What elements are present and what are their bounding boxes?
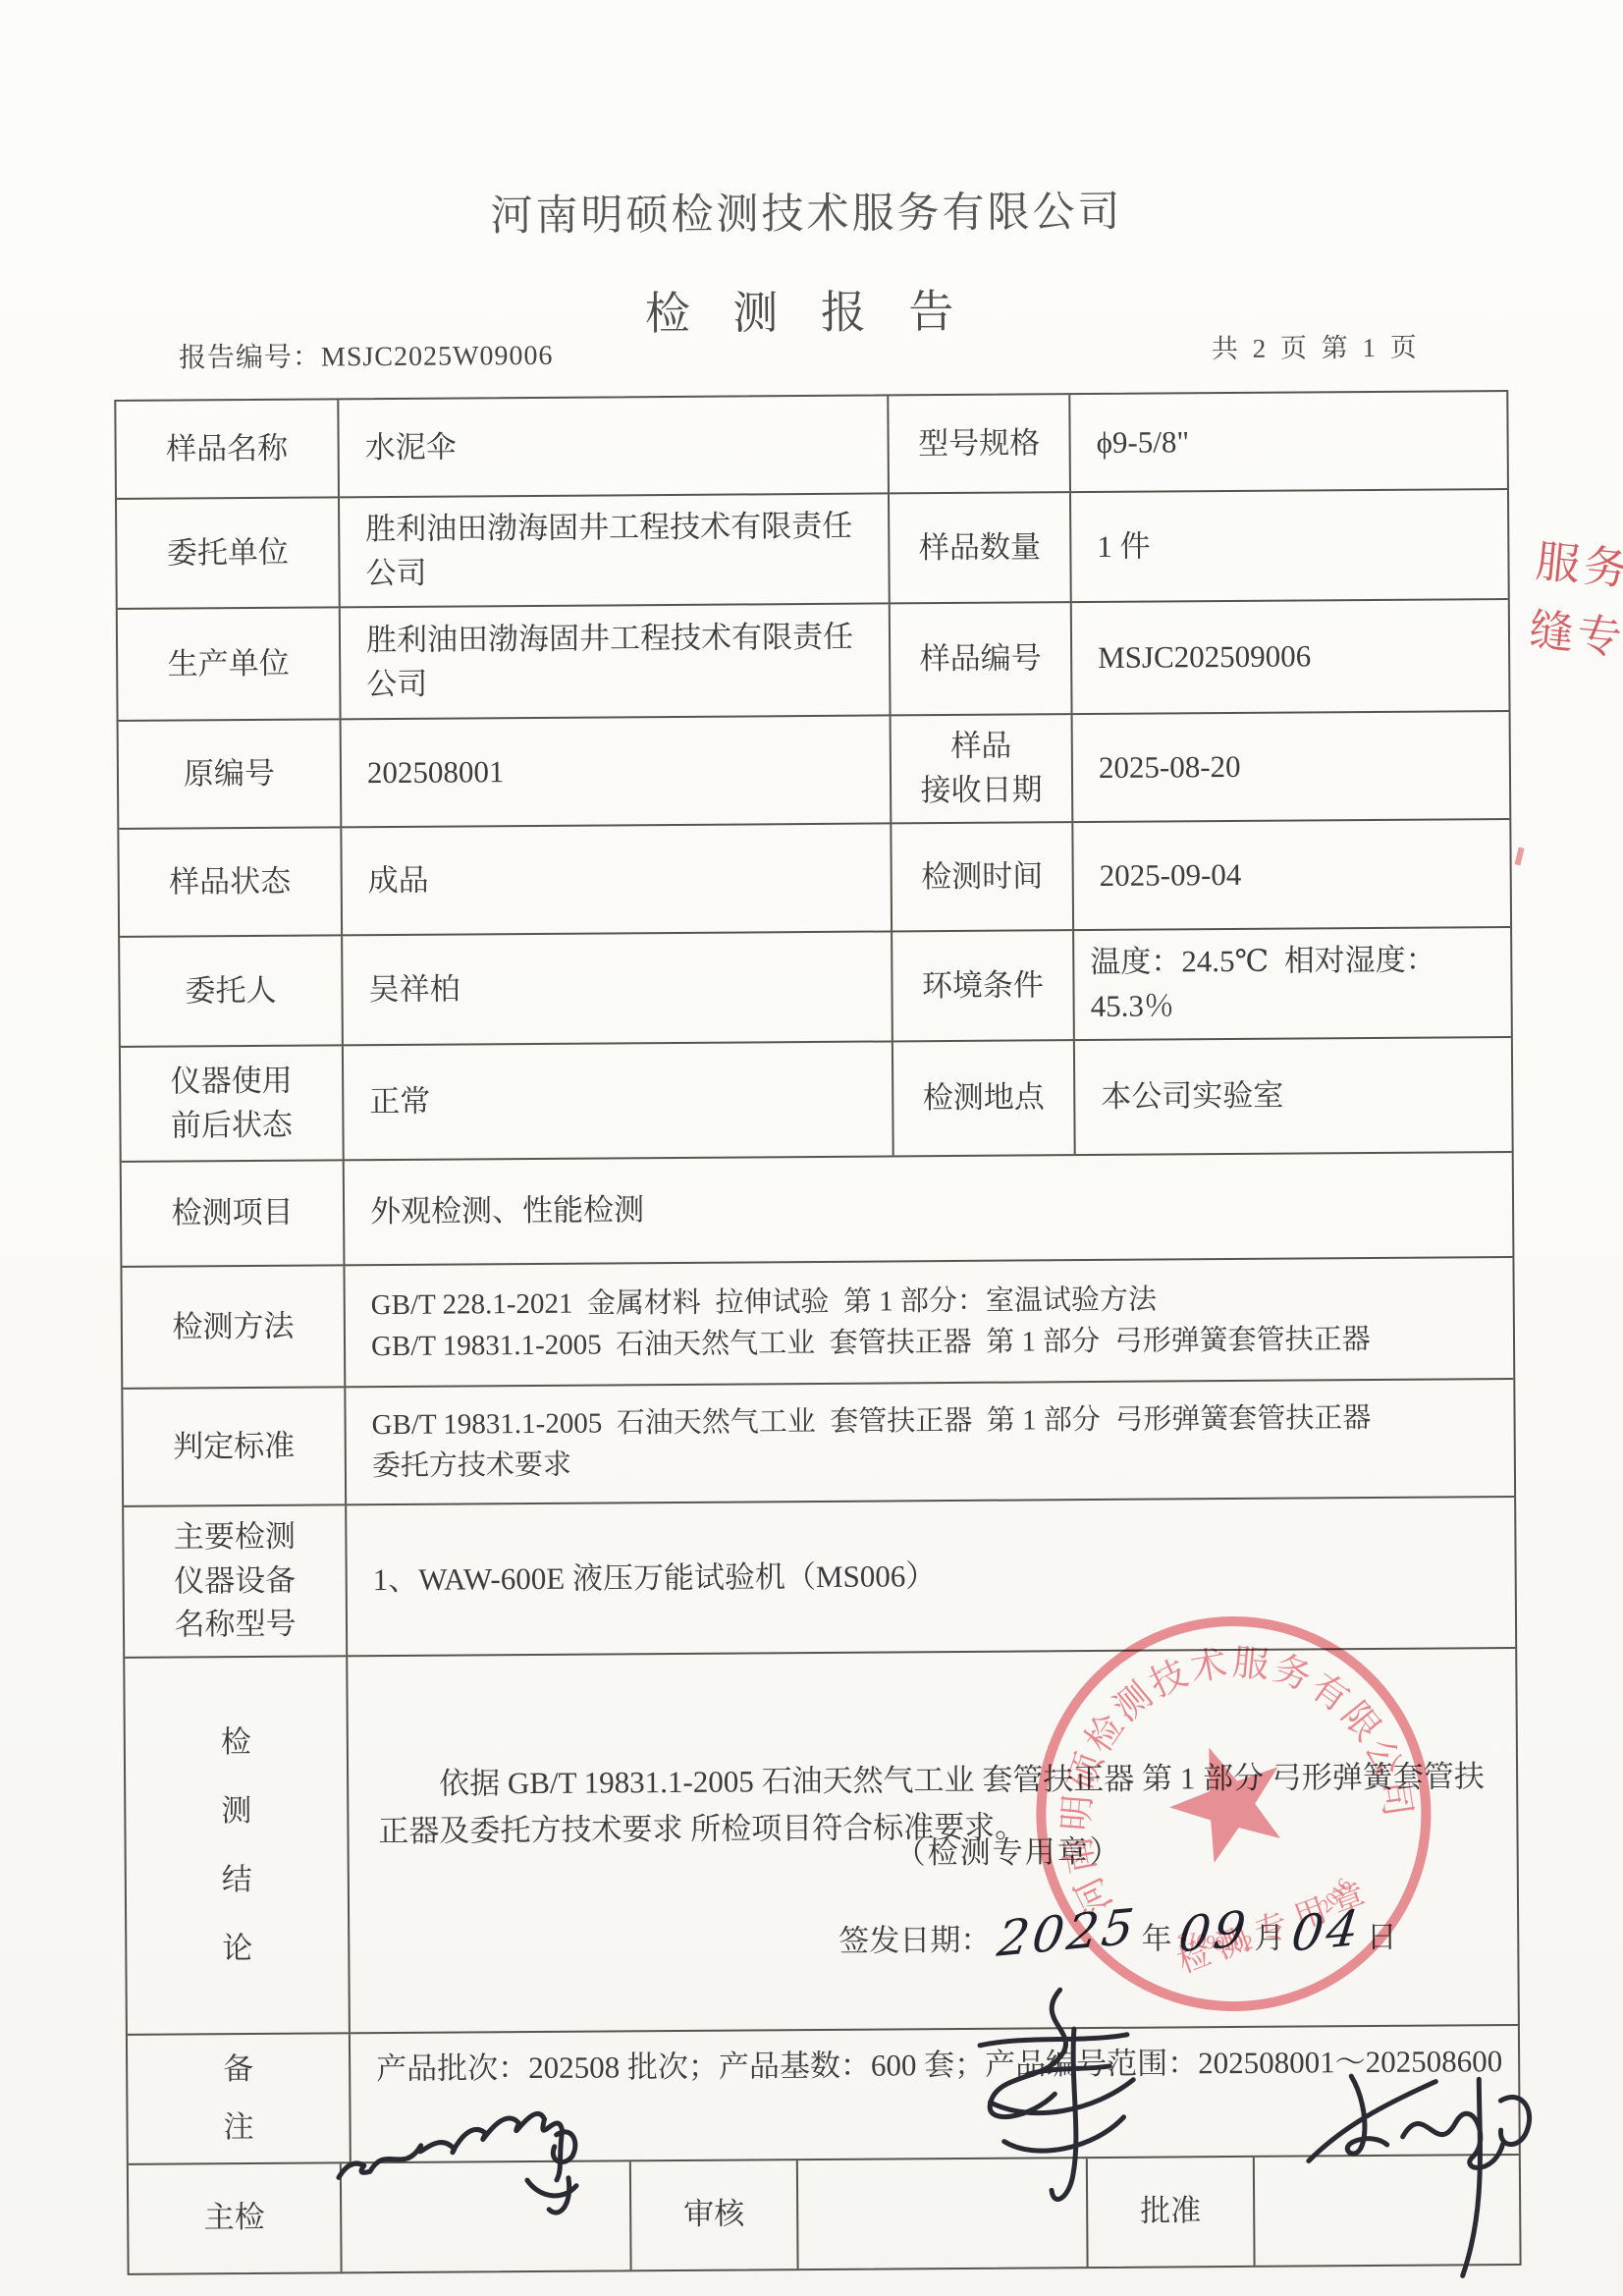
value-sample-no: MSJC202509006	[1070, 600, 1513, 713]
report-number: 报告编号：MSJC2025W09006	[179, 334, 554, 376]
label-approver: 批准	[1086, 2157, 1254, 2266]
value-client-person: 吴祥柏	[341, 932, 892, 1044]
value-sample-qty: 1 件	[1069, 490, 1512, 601]
edge-seal-text: 服务	[1533, 528, 1623, 607]
value-producer-unit: 胜利油田渤海固井工程技术有限责任公司	[339, 604, 890, 718]
value-test-items: 外观检测、性能检测	[343, 1153, 1517, 1264]
value-test-method: GB/T 228.1-2021 金属材料 拉伸试验 第 1 部分：室温试验方法 …	[343, 1258, 1517, 1386]
value-model-spec: ϕ9-5/8"	[1068, 392, 1511, 491]
conclusion-cell: 依据 GB/T 19831.1-2005 石油天然气工业 套管扶正器 第 1 部…	[346, 1649, 1522, 2032]
table-row: 备 注 产品批次：202508 批次；产品基数：600 套；产品编号范围：202…	[128, 2024, 1519, 2163]
table-row: 样品名称 水泥伞 型号规格 ϕ9-5/8"	[116, 392, 1507, 498]
label-sample-no: 样品编号	[889, 603, 1071, 714]
table-row: 主检 审核 批准	[129, 2154, 1520, 2273]
scanned-report-page: 河南明硕检测技术服务有限公司 检 测 报 告 报告编号：MSJC2025W090…	[0, 0, 1623, 2296]
label-producer-unit: 生产单位	[118, 608, 340, 720]
value-sample-name: 水泥伞	[337, 396, 888, 496]
edge-seal-fragment: 服务 缝专	[1526, 528, 1623, 675]
value-judge-standard: GB/T 19831.1-2005 石油天然气工业 套管扶正器 第 1 部分 弓…	[344, 1380, 1518, 1503]
label-judge-standard: 判定标准	[123, 1388, 345, 1505]
table-row: 检测方法 GB/T 228.1-2021 金属材料 拉伸试验 第 1 部分：室温…	[122, 1256, 1513, 1388]
table-row: 检测项目 外观检测、性能检测	[122, 1151, 1513, 1266]
label-reviewer: 审核	[629, 2160, 797, 2269]
label-test-time: 检测时间	[890, 823, 1072, 930]
label-test-items: 检测项目	[122, 1161, 344, 1266]
table-row: 生产单位 胜利油田渤海固井工程技术有限责任公司 样品编号 MSJC2025090…	[118, 598, 1509, 720]
value-main-instruments: 1、WAW-600E 液压万能试验机（MS006）	[345, 1498, 1519, 1655]
report-table: 样品名称 水泥伞 型号规格 ϕ9-5/8" 委托单位 胜利油田渤海固井工程技术有…	[114, 390, 1521, 2274]
table-row: 检 测 结 论 依据 GB/T 19831.1-2005 石油天然气工业 套管扶…	[125, 1647, 1518, 2034]
red-ink-mark	[1515, 847, 1525, 866]
label-chief-inspector: 主检	[129, 2163, 341, 2272]
label-instrument-state: 仪器使用 前后状态	[121, 1046, 343, 1161]
sign-date-label: 签发日期：	[839, 1919, 991, 1964]
approve-signature-cell	[1253, 2155, 1524, 2265]
value-instrument-state: 正常	[342, 1042, 893, 1159]
table-row: 委托人 吴祥柏 环境条件 温度：24.5℃ 相对湿度：45.3％	[120, 926, 1511, 1046]
edge-seal-text: 缝专	[1526, 596, 1623, 675]
value-sample-state: 成品	[340, 824, 891, 934]
label-remark: 备 注	[128, 2034, 350, 2162]
table-row: 主要检测 仪器设备 名称型号 1、WAW-600E 液压万能试验机（MS006）	[124, 1496, 1515, 1657]
table-row: 委托单位 胜利油田渤海固井工程技术有限责任公司 样品数量 1 件	[117, 488, 1508, 608]
label-conclusion: 检 测 结 论	[125, 1657, 349, 2033]
seal-note: （检测专用章）	[894, 1831, 1121, 1877]
label-client-person: 委托人	[120, 936, 342, 1046]
label-model-spec: 型号规格	[887, 395, 1069, 492]
label-main-instruments: 主要检测 仪器设备 名称型号	[124, 1505, 346, 1657]
label-sample-qty: 样品数量	[888, 493, 1070, 602]
handwritten-month: 09	[1175, 1893, 1253, 1971]
value-env-condition: 温度：24.5℃ 相对湿度：45.3％	[1072, 928, 1515, 1039]
label-original-no: 原编号	[119, 720, 341, 828]
value-client-unit: 胜利油田渤海固井工程技术有限责任公司	[338, 494, 889, 606]
table-row: 样品状态 成品 检测时间 2025-09-04	[119, 818, 1510, 936]
value-receive-date: 2025-08-20	[1071, 712, 1514, 821]
label-sample-name: 样品名称	[116, 400, 338, 498]
label-test-place: 检测地点	[892, 1041, 1074, 1155]
handwritten-day: 04	[1287, 1892, 1365, 1970]
label-receive-date: 样品 接收日期	[890, 715, 1072, 822]
chief-signature-cell	[340, 2161, 630, 2271]
review-signature-cell	[796, 2159, 1087, 2269]
label-sample-state: 样品状态	[119, 828, 341, 936]
value-test-place: 本公司实验室	[1073, 1038, 1516, 1154]
sign-date-line: 签发日期： 2025 年 09 月 04 日	[839, 1895, 1397, 1964]
value-original-no: 202508001	[340, 716, 891, 826]
table-row: 原编号 202508001 样品 接收日期 2025-08-20	[119, 710, 1510, 828]
page-counter: 共 2 页 第 1 页	[1212, 326, 1421, 365]
value-remark: 产品批次：202508 批次；产品基数：600 套；产品编号范围：2025080…	[349, 2026, 1523, 2161]
label-test-method: 检测方法	[122, 1266, 344, 1388]
handwritten-year: 2025	[994, 1891, 1141, 1975]
month-unit: 月	[1254, 1917, 1284, 1961]
company-name: 河南明硕检测技术服务有限公司	[0, 175, 1618, 246]
table-row: 判定标准 GB/T 19831.1-2005 石油天然气工业 套管扶正器 第 1…	[123, 1378, 1514, 1505]
day-unit: 日	[1367, 1916, 1397, 1960]
year-unit: 年	[1141, 1917, 1171, 1961]
label-client-unit: 委托单位	[117, 498, 339, 608]
label-env-condition: 环境条件	[891, 931, 1073, 1040]
table-row: 仪器使用 前后状态 正常 检测地点 本公司实验室	[121, 1036, 1512, 1161]
value-test-time: 2025-09-04	[1071, 820, 1514, 929]
